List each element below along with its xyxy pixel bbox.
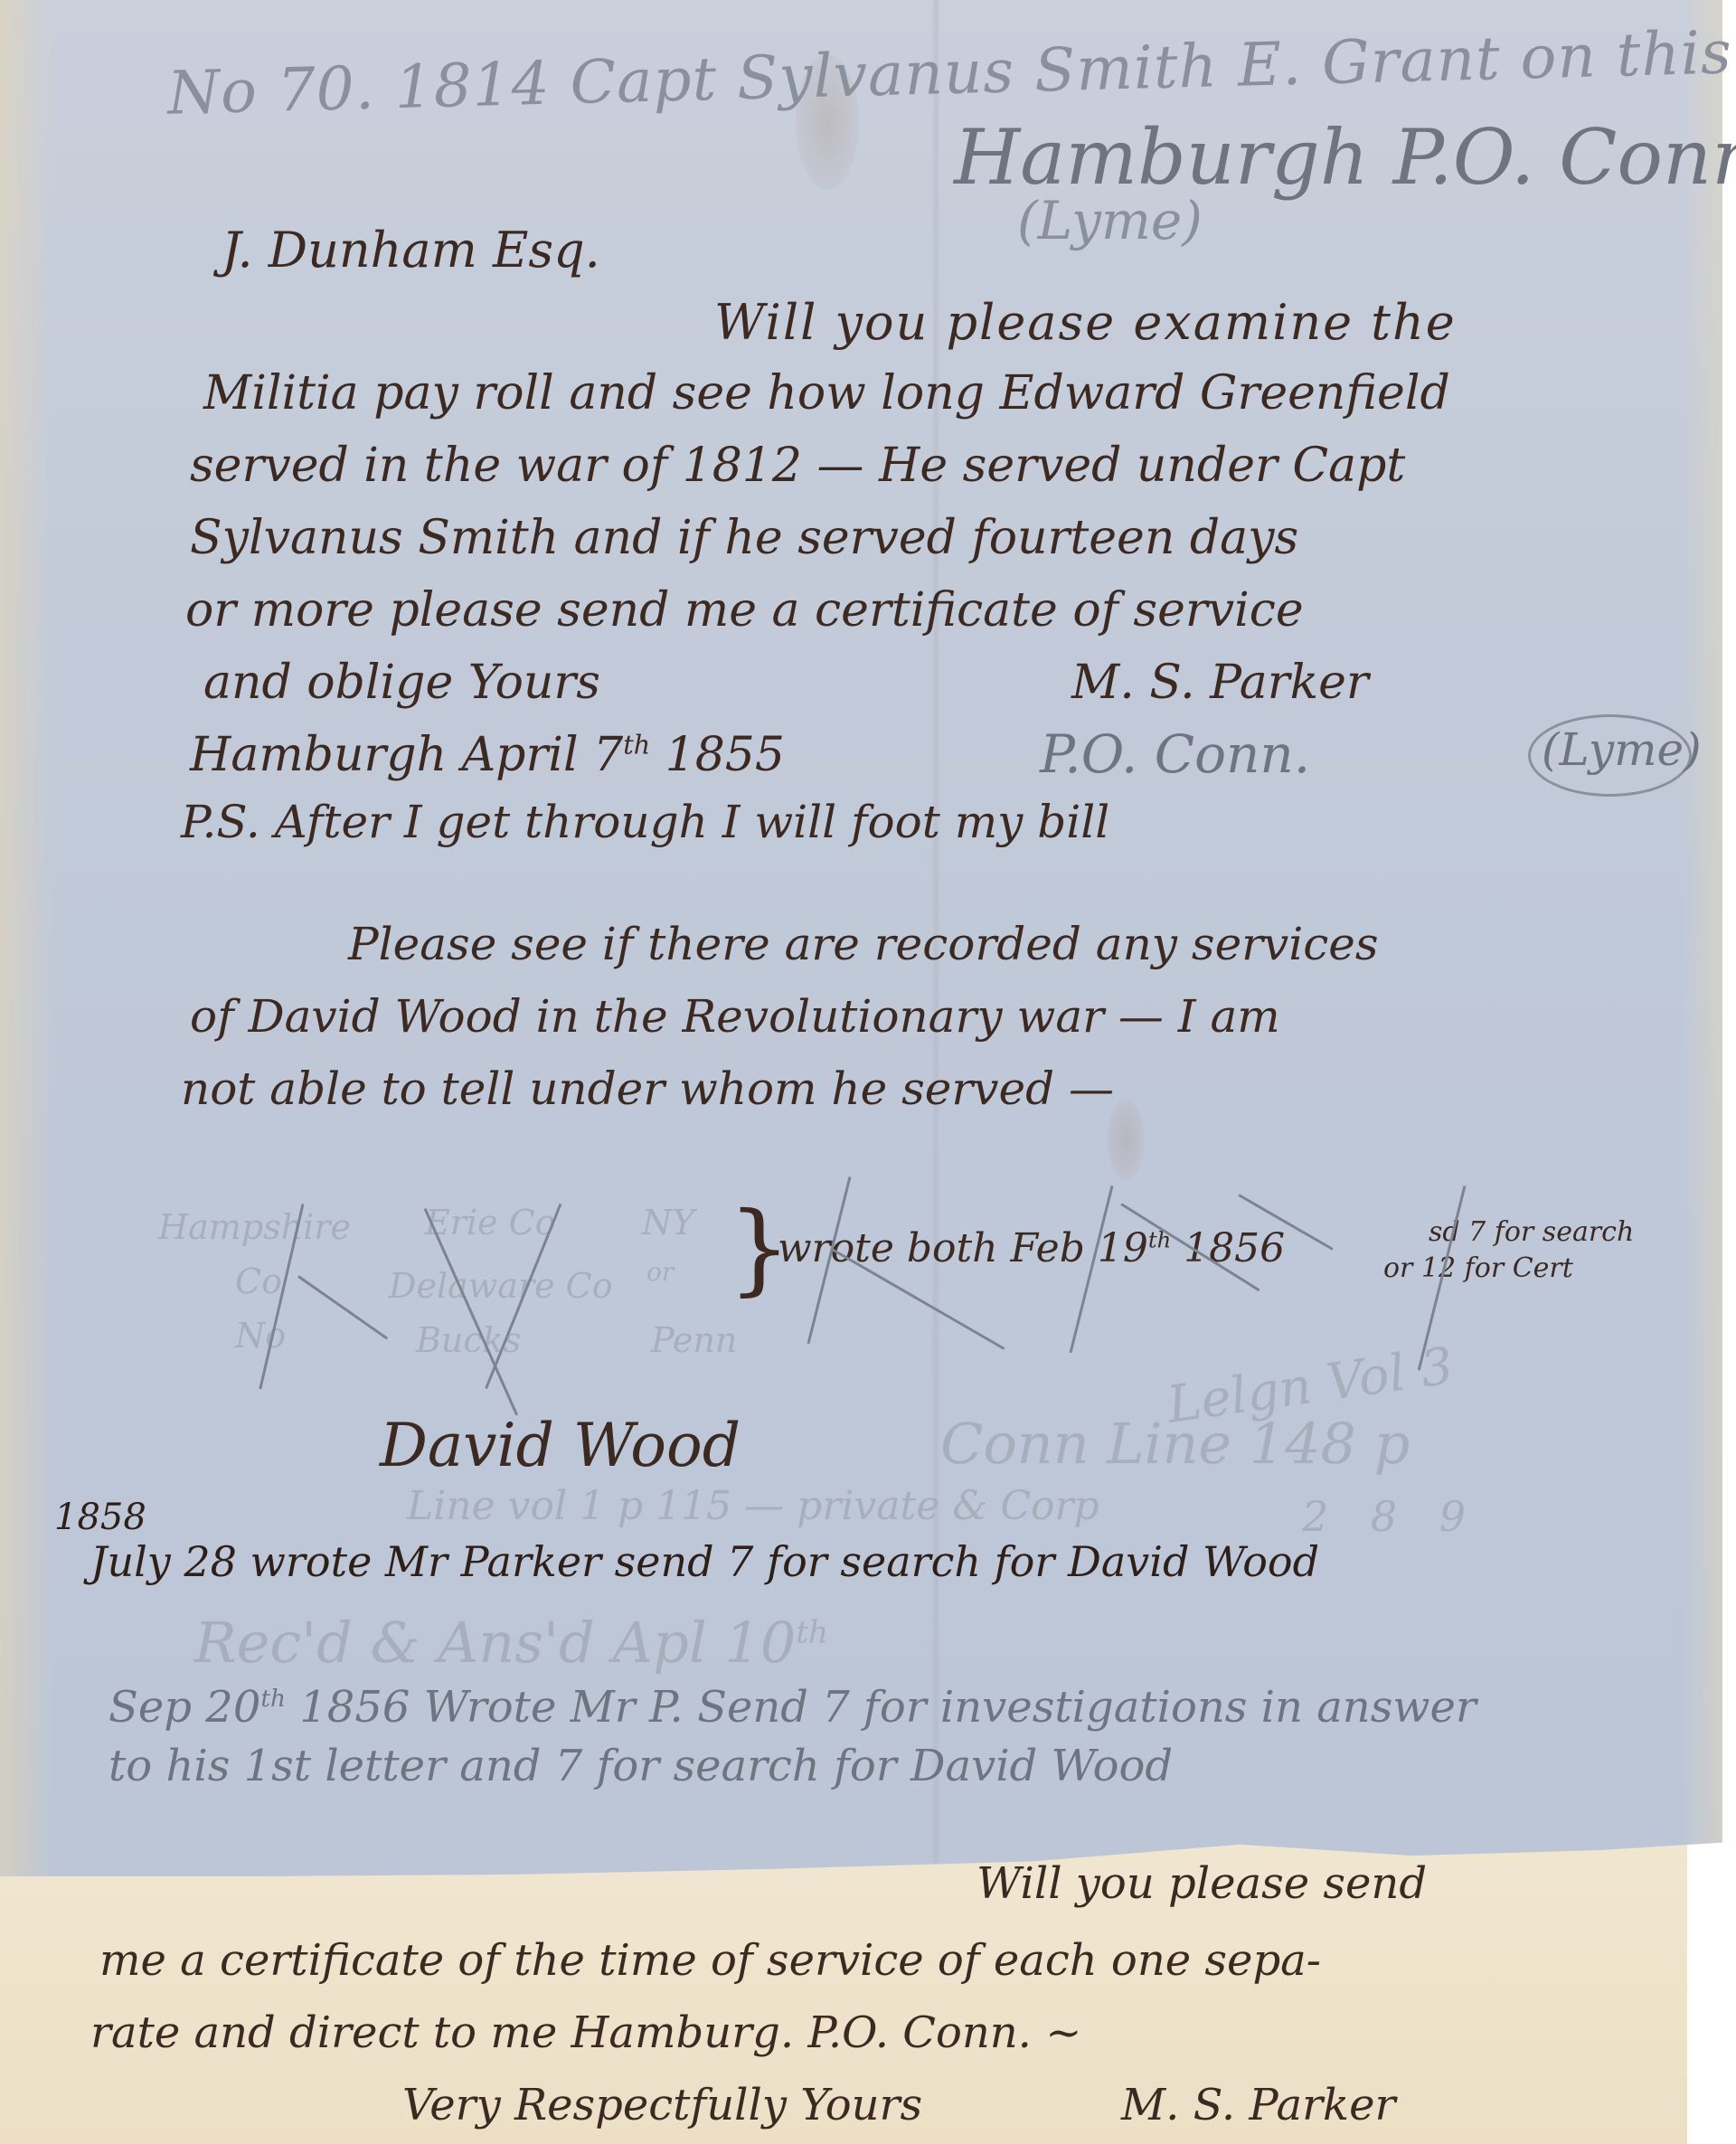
lower-letter-line-2: me a certificate of the time of service … — [99, 1935, 1321, 1986]
lower-letter-signature: M. S. Parker — [1121, 2080, 1396, 2130]
letter-place-date: Hamburgh April 7th 1855 — [190, 728, 785, 782]
lower-letter-line-3: rate and direct to me Hamburg. P.O. Conn… — [90, 2007, 1081, 2058]
letter-body-line-2: Militia pay roll and see how long Edward… — [203, 366, 1450, 420]
ink-note-2-year: 1858 — [54, 1497, 146, 1538]
pencil-list-col2-line1: Erie Co — [425, 1203, 556, 1242]
pencil-line-numbers: 2 8 9 — [1302, 1492, 1480, 1541]
letter-request-line-2: of David Wood in the Revolutionary war —… — [190, 990, 1280, 1043]
pencil-note-3-line-2: to his 1st letter and 7 for search for D… — [108, 1741, 1173, 1791]
day-suffix: th — [623, 730, 650, 760]
year: 1855 — [665, 728, 785, 782]
letter-postscript: P.S. After I get through I will foot my … — [181, 796, 1109, 848]
pencil-list-col3-line3: Penn — [651, 1320, 737, 1360]
pencil-note-3-line-1: Sep 20th 1856 Wrote Mr P. Send 7 for inv… — [108, 1682, 1477, 1733]
letter-request-line-1: Please see if there are recorded any ser… — [348, 918, 1379, 970]
pencil-received-suffix: th — [796, 1614, 828, 1650]
letter-body-line-6: and oblige Yours — [203, 656, 600, 710]
month: April — [462, 728, 579, 782]
place: Hamburgh — [190, 728, 447, 782]
letter-body-line-5: or more please send me a certificate of … — [185, 583, 1304, 638]
ink-note-2-text: July 28 wrote Mr Parker send 7 for searc… — [90, 1537, 1319, 1586]
letter-body-line-1: Will you please examine the — [714, 294, 1457, 351]
pencil-received-answered: Rec'd & Ans'd Apl 10th — [194, 1610, 828, 1676]
letter-request-line-3: not able to tell under whom he served — — [181, 1063, 1114, 1115]
pencil-list-col1-line3: No — [235, 1316, 286, 1355]
pencil-note-3-text: 1856 Wrote Mr P. Send 7 for investigatio… — [299, 1682, 1477, 1733]
lower-letter-closing: Very Respectfully Yours — [402, 2080, 922, 2130]
pencil-line-vol-ref: Line vol 1 p 115 — private & Corp — [407, 1483, 1099, 1529]
day: 7 — [593, 728, 623, 782]
ink-note-wrote-both: wrote both Feb 19th 1856 — [778, 1225, 1285, 1271]
pencil-conn-line-ref: Conn Line 148 p — [940, 1411, 1410, 1477]
lower-letter-line-1: Will you please send — [976, 1858, 1427, 1909]
pencil-note-3-suffix: th — [260, 1685, 286, 1713]
letter-body-line-3: served in the war of 1812 — He served un… — [190, 439, 1405, 493]
ink-note-1-year: 1856 — [1184, 1225, 1285, 1271]
letter-body-line-4: Sylvanus Smith and if he served fourteen… — [190, 511, 1298, 565]
pencil-header-lyme: (Lyme) — [1017, 190, 1203, 251]
ink-note-1-fee-cert: or 12 for Cert — [1383, 1252, 1573, 1284]
pencil-received-text: Rec'd & Ans'd Apl 10 — [194, 1610, 796, 1676]
pencil-list-col1-line1: Hampshire — [158, 1207, 351, 1247]
pencil-list-col2-line2: Delaware Co — [389, 1266, 613, 1306]
pencil-header-location: Hamburgh P.O. Conn. — [954, 113, 1736, 202]
pencil-lyme-annotation: (Lyme) — [1542, 723, 1702, 776]
ink-note-1-fee-search: sd 7 for search — [1429, 1216, 1634, 1248]
pencil-po-conn: P.O. Conn. — [1040, 723, 1310, 785]
letter-signature: M. S. Parker — [1071, 656, 1369, 710]
ink-david-wood-name: David Wood — [380, 1411, 741, 1480]
pencil-note-3-date: Sep 20 — [108, 1682, 260, 1733]
pencil-list-col3-line1: NY — [642, 1203, 694, 1242]
pencil-list-col3-line2: or — [646, 1257, 674, 1287]
letter-salutation: J. Dunham Esq. — [222, 222, 600, 279]
pencil-list-col1-line2: Co — [235, 1261, 282, 1301]
